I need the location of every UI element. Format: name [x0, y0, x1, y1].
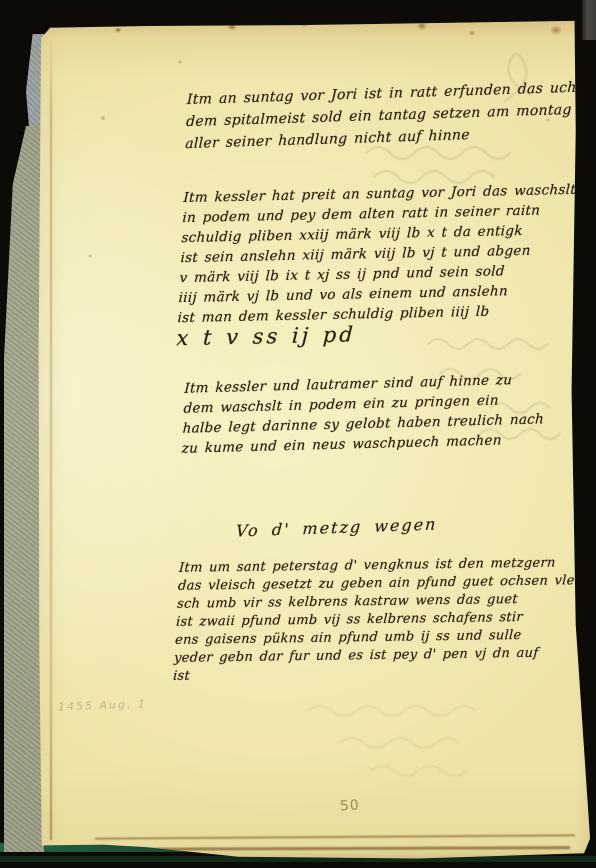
ghost-showthrough — [300, 695, 565, 785]
underlying-page-edge — [4, 126, 44, 852]
photo-background: Itm an suntag vor Jori ist in ratt erfun… — [0, 0, 596, 868]
manuscript-page: Itm an suntag vor Jori ist in ratt erfun… — [0, 0, 596, 868]
section-heading: Vo d' metzg wegen — [235, 514, 438, 540]
manuscript-paragraph-3: Itm kessler und lautramer sind auf hinne… — [181, 369, 546, 459]
binding-crease — [50, 36, 52, 840]
binding-clip — [582, 0, 596, 40]
manuscript-paragraph-1: Itm an suntag vor Jori ist in ratt erfun… — [185, 75, 596, 155]
folio-number: 50 — [339, 797, 360, 814]
manuscript-paragraph-4: Itm um sant peterstag d' vengknus ist de… — [172, 554, 580, 686]
manuscript-paragraph-2: Itm kessler hat preit an suntag vor Jori… — [176, 180, 576, 348]
bottom-wear-line — [95, 834, 575, 839]
pencil-date-annotation: 1455 Aug. 1 — [58, 697, 147, 713]
